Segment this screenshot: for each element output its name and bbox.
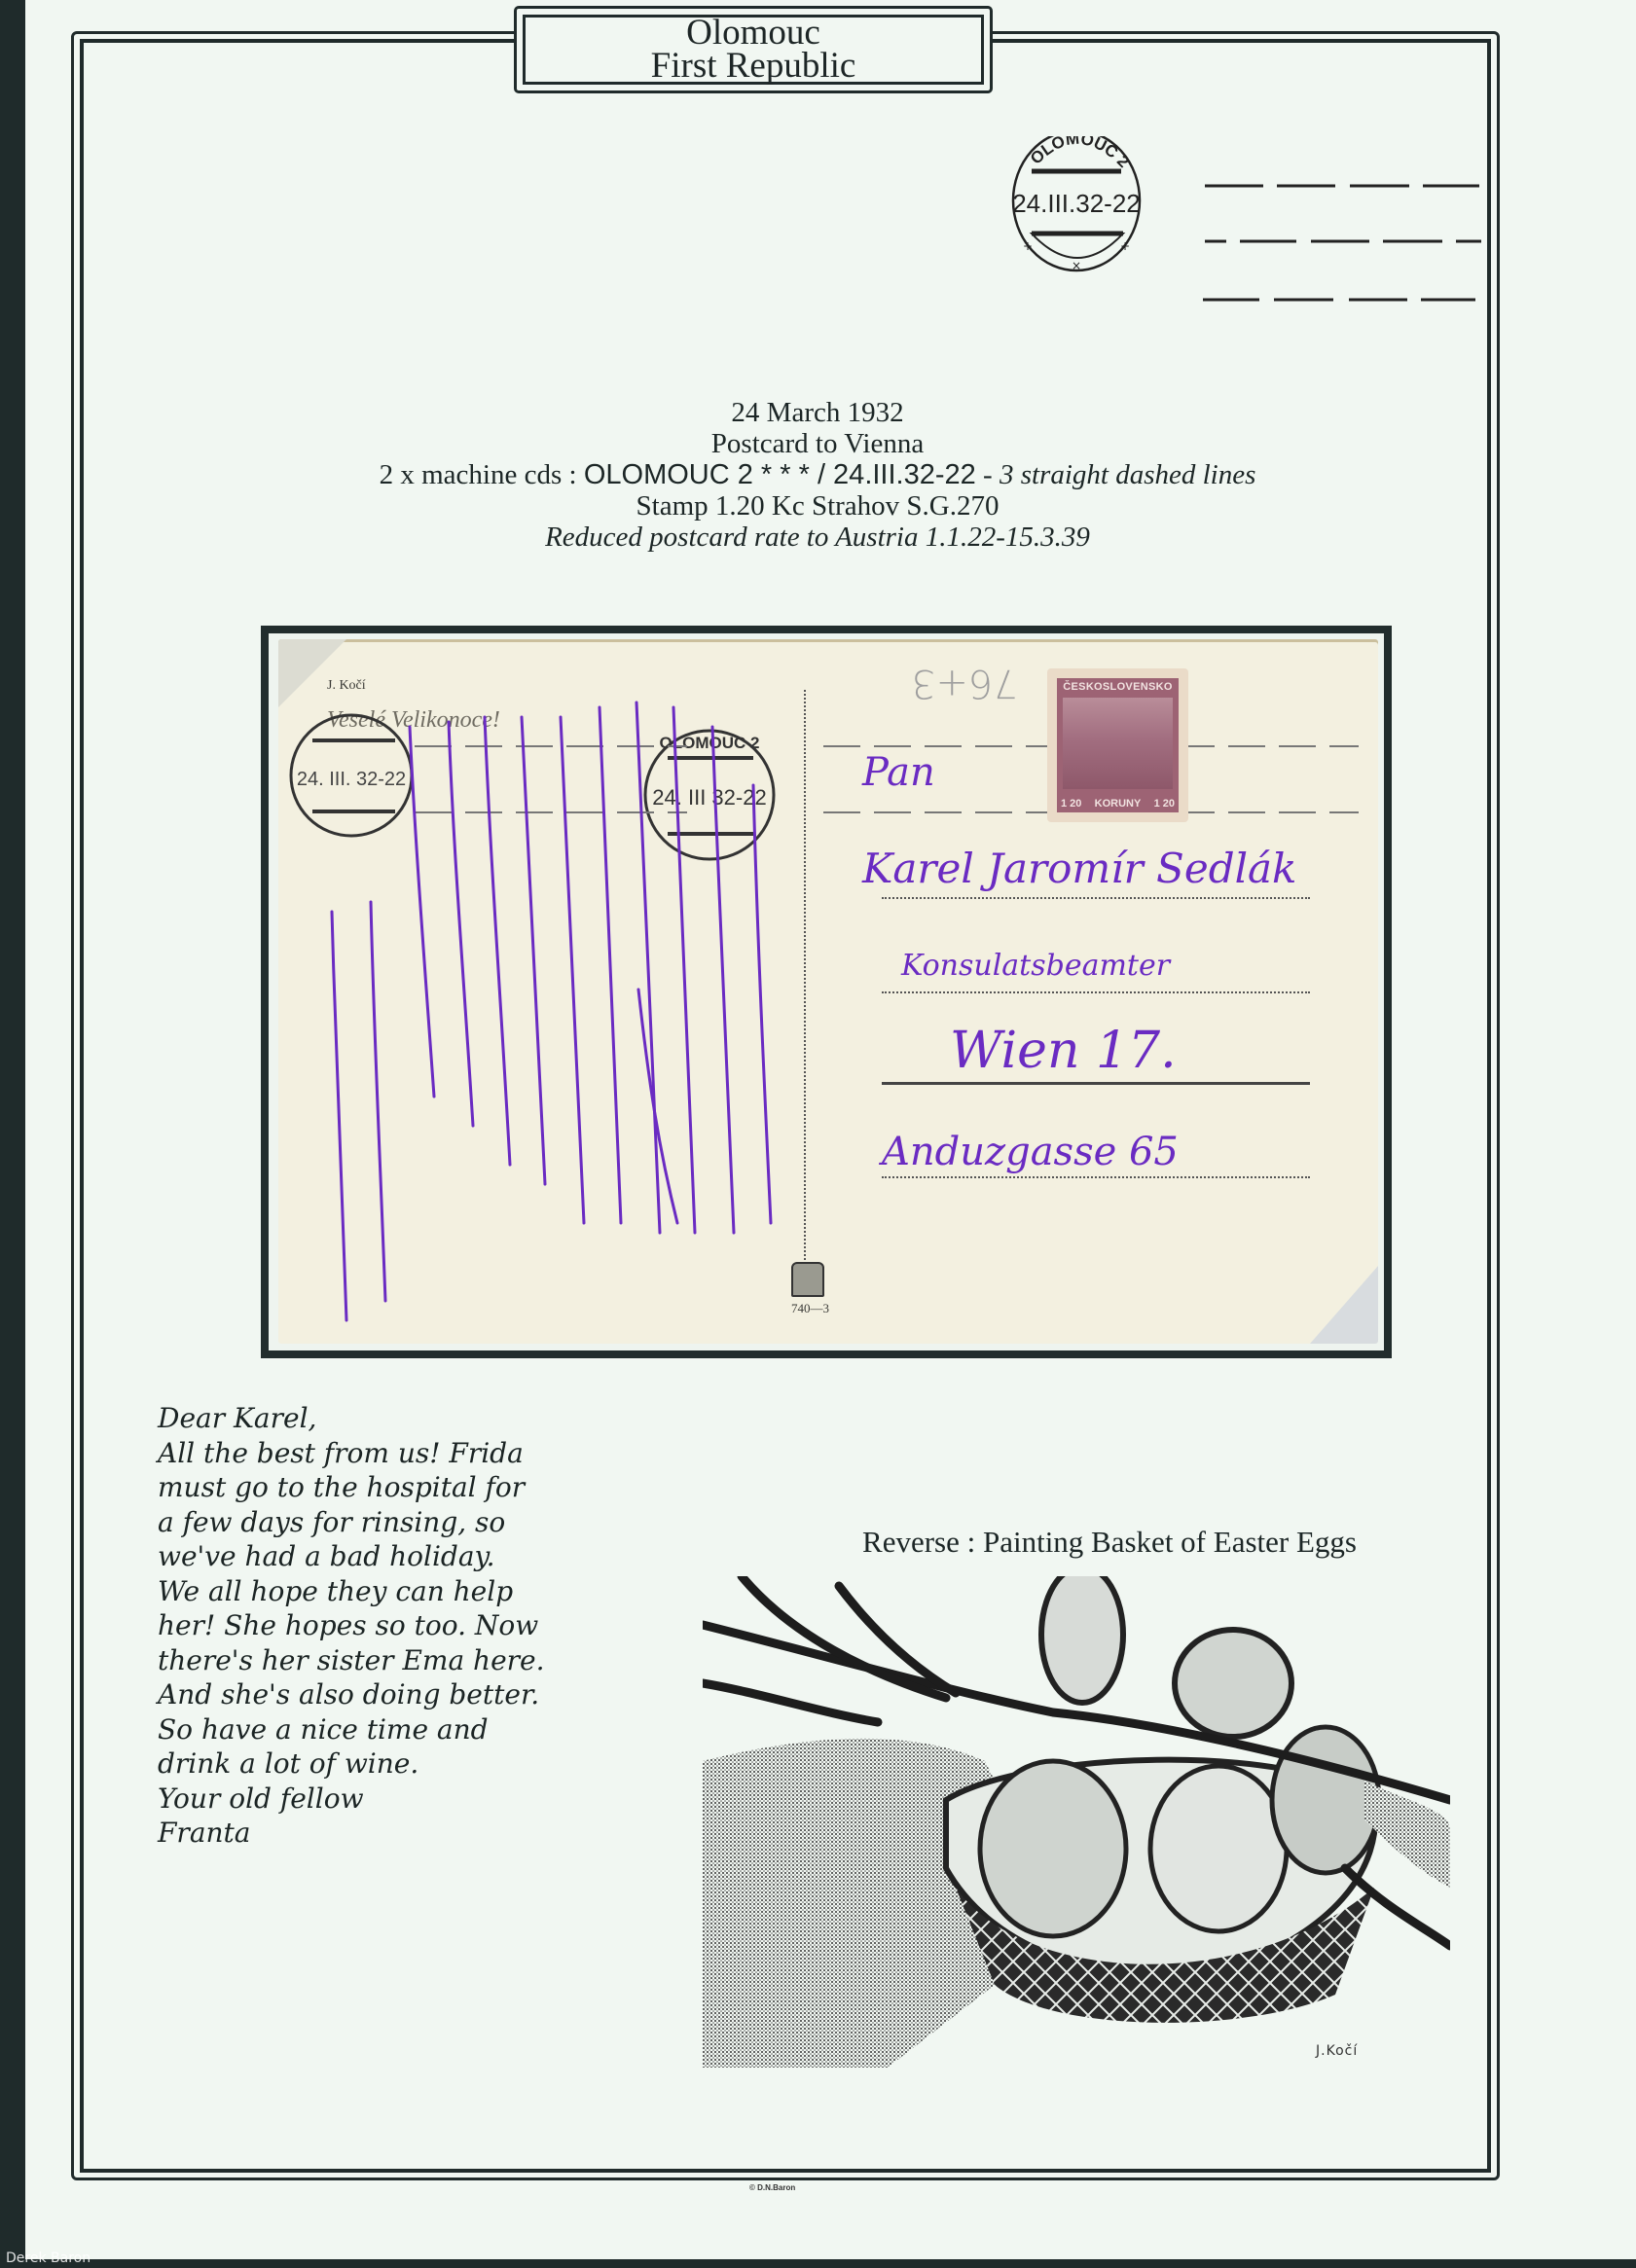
stamp-value: 1 20 [1154, 798, 1175, 810]
svg-text:+: + [1023, 239, 1033, 253]
svg-text:24.III.32-22: 24.III.32-22 [1012, 189, 1141, 218]
transcription-line: Dear Karel, [158, 1401, 664, 1436]
svg-text:OLOMOUC 2: OLOMOUC 2 [1027, 136, 1133, 171]
description-cancel: 2 x machine cds : OLOMOUC 2 * * * / 24.I… [156, 459, 1479, 490]
transcription-line: We all hope they can help [158, 1574, 664, 1609]
cancel-town: OLOMOUC 2 [1027, 136, 1133, 171]
address-city: Wien 17. [950, 1022, 1177, 1080]
message-transcription: Dear Karel,All the best from us! Fridamu… [158, 1401, 664, 1851]
svg-text:24. III 32-22: 24. III 32-22 [652, 785, 766, 810]
svg-text:24. III. 32-22: 24. III. 32-22 [297, 769, 406, 790]
address-salutation: Pan [861, 750, 935, 795]
description-stamp: Stamp 1.20 Kc Strahov S.G.270 [156, 490, 1479, 522]
transcription-line: there's her sister Ema here. [158, 1643, 664, 1678]
transcription-line: Franta [158, 1816, 664, 1851]
transcription-line: must go to the hospital for [158, 1470, 664, 1505]
transcription-line: All the best from us! Frida [158, 1436, 664, 1471]
transcription-line: her! She hopes so too. Now [158, 1608, 664, 1643]
stamp-strahov-vignette [1063, 698, 1173, 789]
description-rate: Reduced postcard rate to Austria 1.1.22-… [156, 522, 1479, 553]
description-item: Postcard to Vienna [156, 428, 1479, 459]
transcription-line: Your old fellow [158, 1782, 664, 1817]
artist-signature: J.Kočí [1316, 2043, 1358, 2059]
page-title-box: Olomouc First Republic [514, 6, 993, 93]
stamp-currency: KORUNY [1095, 798, 1142, 810]
postage-stamp: ČESKOSLOVENSKO 1 20 KORUNY 1 20 [1047, 668, 1188, 822]
transcription-line: a few days for rinsing, so [158, 1505, 664, 1540]
postcard: J. Kočí Veselé Velikonoce! 76+3 740—3 24… [278, 639, 1378, 1344]
copyright-notice: © D.N.Baron [749, 2183, 795, 2192]
page-subtitle: First Republic [651, 50, 856, 83]
transcription-line: So have a nice time and [158, 1712, 664, 1747]
watermark: Derek Baron [6, 2250, 91, 2266]
postcard-markings: 24. III. 32-22 OLOMOUC 2 24. III 32-22 [278, 639, 1378, 1344]
cover-description: 24 March 1932 Postcard to Vienna 2 x mac… [156, 397, 1479, 553]
scan-edge-left [0, 0, 25, 2268]
stamp-country: ČESKOSLOVENSKO [1057, 681, 1179, 693]
cancel-note: 3 straight dashed lines [1000, 459, 1255, 490]
page-title: Olomouc [686, 17, 820, 50]
postcard-mount: J. Kočí Veselé Velikonoce! 76+3 740—3 24… [261, 626, 1392, 1358]
address-street: Anduzgasse 65 [878, 1130, 1179, 1174]
svg-text:×: × [1072, 259, 1081, 272]
cancel-type-illustration: OLOMOUC 2 24.III.32-22 + + × [1002, 136, 1547, 331]
stamp-value: 1 20 [1061, 798, 1081, 810]
reverse-caption: Reverse : Painting Basket of Easter Eggs [740, 1525, 1479, 1560]
transcription-line: drink a lot of wine. [158, 1746, 664, 1782]
address-name: Karel Jaromír Sedlák [861, 845, 1297, 892]
easter-eggs-basket-image [703, 1576, 1450, 2068]
transcription-line: we've had a bad holiday. [158, 1539, 664, 1574]
scan-edge-bottom [0, 2259, 1636, 2268]
address-title: Konsulatsbeamter [900, 949, 1172, 983]
dashed-lines [1203, 186, 1481, 300]
postmark-circle-icon: OLOMOUC 2 24.III.32-22 + + × [1012, 136, 1141, 272]
transcription-line: And she's also doing better. [158, 1677, 664, 1712]
svg-text:+: + [1120, 239, 1130, 253]
description-date: 24 March 1932 [156, 397, 1479, 428]
cancel-text: OLOMOUC 2 * * * / 24.III.32-22 [584, 459, 976, 490]
